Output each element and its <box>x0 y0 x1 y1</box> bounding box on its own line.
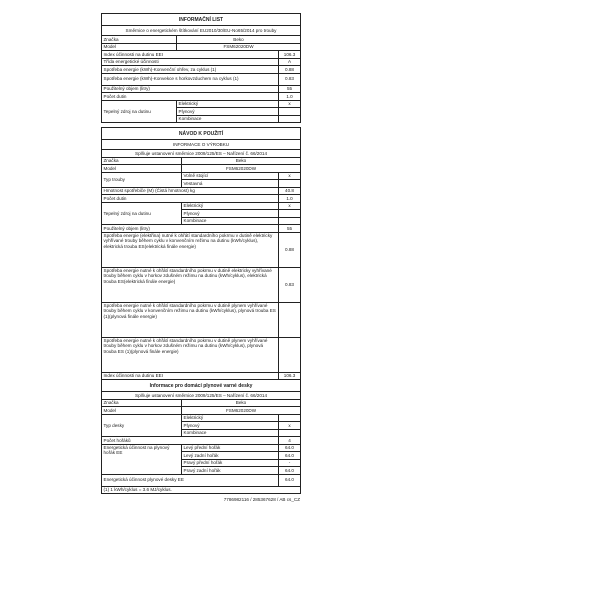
model-label: Model <box>102 43 177 51</box>
burners-value: 4 <box>279 437 301 445</box>
mass-label: Hmotnost spotřebiče (M) (Čistá hmotnost)… <box>102 187 279 195</box>
heat-source-gas: Plynový <box>177 108 279 116</box>
energy-class-label: Třída energetické účinnosti <box>102 58 279 66</box>
energy-gas-conventional-value <box>279 302 301 337</box>
oven-type-builtin: Vestavná <box>182 180 279 188</box>
hob-efficiency-value: 64.0 <box>279 474 301 486</box>
oven-type-freestanding: Volně stojící <box>182 172 279 180</box>
heat-source-label: Tepelný zdroj na dutinu <box>102 202 182 225</box>
brand-value: Beko <box>182 399 301 407</box>
cavities-label: Počet dutin <box>102 195 279 203</box>
burner-rear-right: Pravý zadní hořák <box>182 467 279 475</box>
heat-source-electric-value: x <box>279 100 301 108</box>
brand-value: Beko <box>182 157 301 165</box>
energy-electric-conventional-value: 0.88 <box>279 232 301 267</box>
usage-subtitle: INFORMACE O VÝROBKU <box>102 140 301 150</box>
cavities-value: 1.0 <box>279 93 301 101</box>
burner-rear-left-value: 64.0 <box>279 452 301 460</box>
hob-directive: Splňuje ustanovení směrnice 2009/125/ES … <box>102 392 301 400</box>
heat-source-electric: Elektrický <box>182 202 279 210</box>
energy-electric-conventional-label: Spotřeba energie (elektřina) nutné k ohř… <box>102 232 279 267</box>
burner-efficiency-label: Energetická účinnost na plynový hořák EE <box>102 444 182 474</box>
hob-type-label: Typ desky <box>102 414 182 437</box>
energy-info-document: INFORMAČNÍ LIST Směrnice o energetickém … <box>101 13 300 494</box>
mass-value: 40.8 <box>279 187 301 195</box>
hob-efficiency-label: Energetická účinnost plynové desky EE <box>102 474 279 486</box>
heat-source-combo-value <box>279 217 301 225</box>
energy-gas-convection-label: Spotřeba energie nutné k ohřátí standard… <box>102 337 279 372</box>
heat-source-electric: Elektrický <box>177 100 279 108</box>
document-code: 7786982116 / 285367628 / AB cs_CZ <box>224 497 300 503</box>
heat-source-combo-value <box>279 115 301 123</box>
oven-type-builtin-value <box>279 180 301 188</box>
usage-table: NÁVOD K POUŽITÍ INFORMACE O VÝROBKU Splň… <box>101 127 301 494</box>
model-label: Model <box>102 407 182 415</box>
energy-electric-convection-label: Spotřeba energie nutné k ohřátí standard… <box>102 267 279 302</box>
heat-source-gas-value <box>279 210 301 218</box>
energy-electric-convection-value: 0.83 <box>279 267 301 302</box>
cavities-value: 1.0 <box>279 195 301 203</box>
info-sheet-table: INFORMAČNÍ LIST Směrnice o energetickém … <box>101 13 301 123</box>
convection-energy-value: 0.83 <box>279 73 301 85</box>
burner-front-right: Pravý přední hořák <box>182 459 279 467</box>
heat-source-combo: Kombinace <box>177 115 279 123</box>
hob-type-electric-value <box>279 414 301 422</box>
hob-title: Informace pro domácí plynové varné desky <box>102 380 301 392</box>
burner-front-left: Levý přední hořák <box>182 444 279 452</box>
eei-label: Index účinnosti na dutinu EEI <box>102 51 279 59</box>
volume-value: 55 <box>279 85 301 93</box>
hob-type-combo: Kombinace <box>182 429 279 437</box>
burner-rear-right-value: 64.0 <box>279 467 301 475</box>
oven-type-label: Typ trouby <box>102 172 182 187</box>
energy-gas-conventional-label: Spotřeba energie nutné k ohřátí standard… <box>102 302 279 337</box>
heat-source-electric-value: x <box>279 202 301 210</box>
model-value: FSM62020DW <box>182 407 301 415</box>
brand-label: Značka <box>102 157 182 165</box>
hob-type-combo-value <box>279 429 301 437</box>
hob-type-gas-value: x <box>279 422 301 430</box>
heat-source-combo: Kombinace <box>182 217 279 225</box>
burners-label: Počet hořáků <box>102 437 279 445</box>
info-sheet-directive: Směrnice o energetickém štítkování EU201… <box>102 26 301 36</box>
cavities-label: Počet dutin <box>102 93 279 101</box>
hob-type-electric: Elektrický <box>182 414 279 422</box>
convection-energy-label: Spotřeba energie (kWh)-Konvekce s horkov… <box>102 73 279 85</box>
burner-front-right-value: - <box>279 459 301 467</box>
model-value: FSM62020DW <box>182 165 301 173</box>
burner-front-left-value: 64.0 <box>279 444 301 452</box>
brand-value: Beko <box>177 36 301 44</box>
eei-value: 106.3 <box>279 372 301 380</box>
volume-value: 55 <box>279 225 301 233</box>
model-value: FSM62020DW <box>177 43 301 51</box>
volume-label: Použitelný objem (litry) <box>102 225 279 233</box>
info-sheet-title: INFORMAČNÍ LIST <box>102 14 301 26</box>
footnote: (1) 1 kWh/cyklus = 3.6 MJ/cyklus. <box>102 486 301 494</box>
heat-source-gas-value <box>279 108 301 116</box>
eei-value: 106.3 <box>279 51 301 59</box>
energy-gas-convection-value <box>279 337 301 372</box>
usage-title: NÁVOD K POUŽITÍ <box>102 128 301 140</box>
brand-label: Značka <box>102 399 182 407</box>
hob-type-gas: Plynový <box>182 422 279 430</box>
eei-label: Index účinnosti na dutinu EEI <box>102 372 279 380</box>
heat-source-label: Tepelný zdroj na dutinu <box>102 100 177 123</box>
heat-source-gas: Plynový <box>182 210 279 218</box>
energy-class-value: A <box>279 58 301 66</box>
model-label: Model <box>102 165 182 173</box>
volume-label: Použitelný objem (litry) <box>102 85 279 93</box>
usage-directive: Splňuje ustanovení směrnice 2009/125/ES … <box>102 150 301 158</box>
brand-label: Značka <box>102 36 177 44</box>
conventional-energy-value: 0.88 <box>279 66 301 74</box>
conventional-energy-label: Spotřeba energie (kWh)-Konvenční ohřev, … <box>102 66 279 74</box>
oven-type-freestanding-value: x <box>279 172 301 180</box>
burner-rear-left: Levý zadní hořák <box>182 452 279 460</box>
